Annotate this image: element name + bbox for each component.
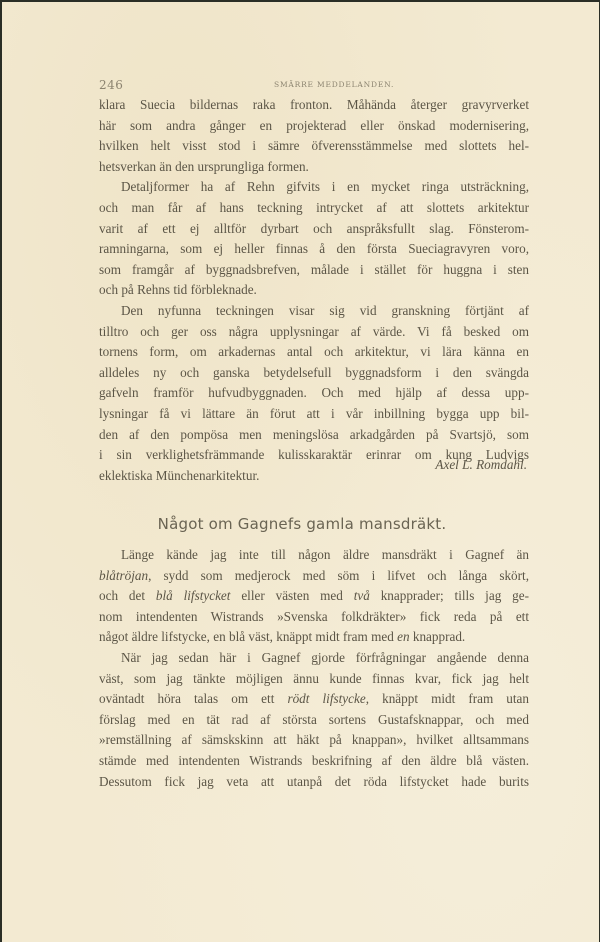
- text-line: blåtröjan, sydd som medjerock med söm i …: [99, 566, 529, 587]
- text-line: Länge kände jag inte till någon äldre ma…: [99, 545, 529, 566]
- author-signature: Axel L. Romdahl.: [99, 455, 529, 476]
- page-number: 246: [99, 78, 123, 92]
- paragraph: klara Suecia bildernas raka fronton. Måh…: [99, 95, 529, 177]
- text-line: varit af ett ej alltför dyrbart och ansp…: [99, 219, 529, 240]
- text-line: Den nyfunna teckningen visar sig vid gra…: [99, 301, 529, 322]
- text-line: hetsverkan än den ursprungliga formen.: [99, 157, 529, 178]
- text-line: nom intendenten Wistrands »Svenska folkd…: [99, 607, 529, 628]
- article-2-body: Länge kände jag inte till någon äldre ma…: [99, 545, 529, 792]
- text-line: och på Rehns tid förbleknade.: [99, 280, 529, 301]
- text-line: som framgår af byggnadsbrefven, målade i…: [99, 260, 529, 281]
- text-line: förslag med en tät rad af största sorten…: [99, 710, 529, 731]
- signature-block: Axel L. Romdahl.: [99, 455, 529, 476]
- text-line: klara Suecia bildernas raka fronton. Måh…: [99, 95, 529, 116]
- text-line: Detaljformer ha af Rehn gifvits i en myc…: [99, 177, 529, 198]
- text-line: stämde med intendenten Wistrands beskrif…: [99, 751, 529, 772]
- text-line: oväntadt höra talas om ett rödt lifstyck…: [99, 689, 529, 710]
- text-line: något äldre lifstycke, en blå väst, knäp…: [99, 627, 529, 648]
- text-line: Dessutom fick jag veta att utanpå det rö…: [99, 772, 529, 793]
- running-head-section: SMÄRRE MEDDELANDEN.: [274, 80, 394, 89]
- article-title: Något om Gagnefs gamla mansdräkt.: [2, 515, 600, 533]
- text-line: alldeles ny och ganska betydelsefull byg…: [99, 363, 529, 384]
- text-line: tilltro och ger oss några upplysningar a…: [99, 322, 529, 343]
- text-line: gafveln framför hufvudbyggnaden. Och med…: [99, 383, 529, 404]
- book-page: 246 SMÄRRE MEDDELANDEN. klara Suecia bil…: [2, 2, 599, 942]
- paragraph: Detaljformer ha af Rehn gifvits i en myc…: [99, 177, 529, 301]
- paragraph: Länge kände jag inte till någon äldre ma…: [99, 545, 529, 648]
- text-line: När jag sedan här i Gagnef gjorde förfrå…: [99, 648, 529, 669]
- text-line: ramningarna, som ej heller finnas å den …: [99, 239, 529, 260]
- article-1-body: klara Suecia bildernas raka fronton. Måh…: [99, 95, 529, 486]
- text-line: här som andra gånger en projekterad elle…: [99, 116, 529, 137]
- running-head: 246 SMÄRRE MEDDELANDEN.: [99, 78, 529, 92]
- text-line: tornens form, om arkadernas antal och ar…: [99, 342, 529, 363]
- text-line: »remställning af sämskskinn att häkt på …: [99, 730, 529, 751]
- paragraph: När jag sedan här i Gagnef gjorde förfrå…: [99, 648, 529, 792]
- text-line: lysningar få vi lättare än förut att i v…: [99, 404, 529, 425]
- text-line: och det blå lifstycket eller västen med …: [99, 586, 529, 607]
- text-line: den af den pompösa men meningslösa arkad…: [99, 425, 529, 446]
- text-line: och man får af hans teckning intrycket a…: [99, 198, 529, 219]
- text-line: hvilken helt visst stod i sämre öfverens…: [99, 136, 529, 157]
- text-line: väst, som jag tänkte möjligen ännu kunde…: [99, 669, 529, 690]
